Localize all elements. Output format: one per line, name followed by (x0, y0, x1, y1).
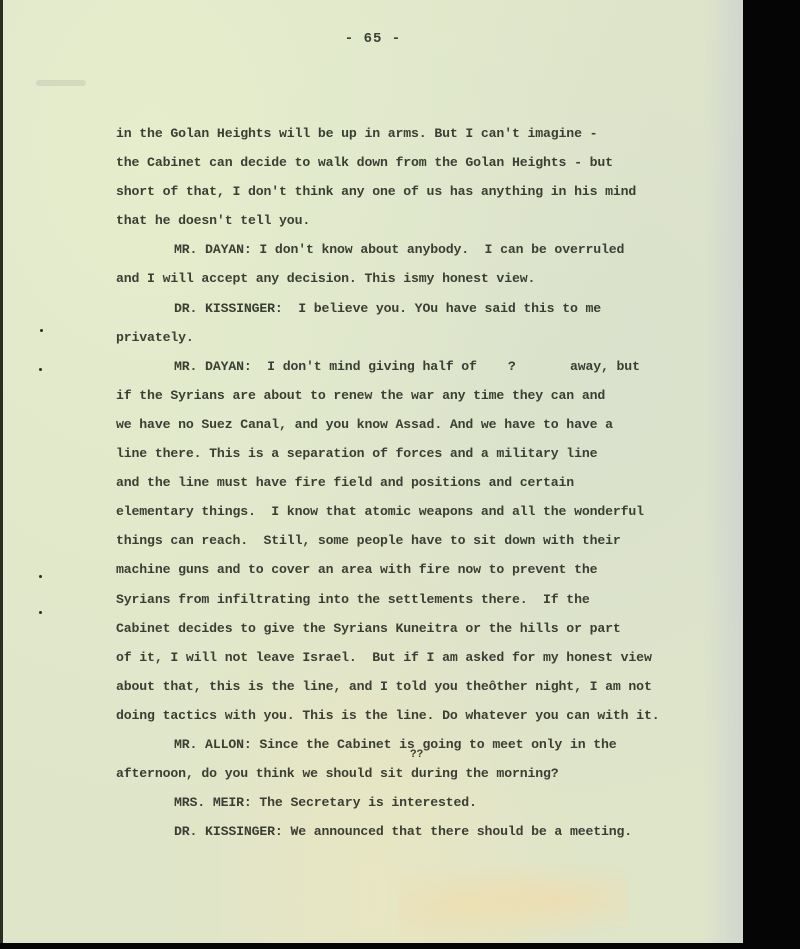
margin-dot (39, 368, 42, 371)
text-line: and the line must have fire field and po… (116, 473, 726, 502)
speaker-line-kissinger: DR. KISSINGER: We announced that there s… (116, 822, 726, 851)
text-line: short of that, I don't think any one of … (116, 182, 726, 211)
faded-stamp-mark (398, 855, 628, 943)
margin-dot (40, 329, 43, 332)
text-line: doing tactics with you. This is the line… (116, 706, 726, 735)
document-page: - 65 - in the Golan Heights will be up i… (0, 0, 743, 943)
text-line: if the Syrians are about to renew the wa… (116, 386, 726, 415)
faint-pencil-mark (36, 80, 86, 86)
speaker-line-kissinger: DR. KISSINGER: I believe you. YOu have s… (116, 299, 726, 328)
text-line: things can reach. Still, some people hav… (116, 531, 726, 560)
speaker-line-meir: MRS. MEIR: The Secretary is interested. (116, 793, 726, 822)
transcript-body: in the Golan Heights will be up in arms.… (116, 124, 726, 851)
text-line: of it, I will not leave Israel. But if I… (116, 648, 726, 677)
margin-dot (39, 611, 42, 614)
margin-dot (39, 575, 42, 578)
text-line: the Cabinet can decide to walk down from… (116, 153, 726, 182)
speaker-line-dayan: MR. DAYAN: I don't know about anybody. I… (116, 240, 726, 269)
text-line: we have no Suez Canal, and you know Assa… (116, 415, 726, 444)
scan-viewport: - 65 - in the Golan Heights will be up i… (0, 0, 800, 949)
interlinear-annotation: ?? (410, 749, 423, 761)
text-line: line there. This is a separation of forc… (116, 444, 726, 473)
text-line: that he doesn't tell you. (116, 211, 726, 240)
text-line: about that, this is the line, and I told… (116, 677, 726, 706)
text-line: elementary things. I know that atomic we… (116, 502, 726, 531)
text-line: machine guns and to cover an area with f… (116, 560, 726, 589)
text-line: in the Golan Heights will be up in arms.… (116, 124, 726, 153)
speaker-line-dayan: MR. DAYAN: I don't mind giving half of ?… (116, 357, 726, 386)
text-line: afternoon, do you think we should sit du… (116, 764, 726, 793)
text-line: privately. (116, 328, 726, 357)
text-line: Syrians from infiltrating into the settl… (116, 590, 726, 619)
text-line: and I will accept any decision. This ism… (116, 269, 726, 298)
page-number: - 65 - (3, 31, 743, 47)
text-line: Cabinet decides to give the Syrians Kune… (116, 619, 726, 648)
